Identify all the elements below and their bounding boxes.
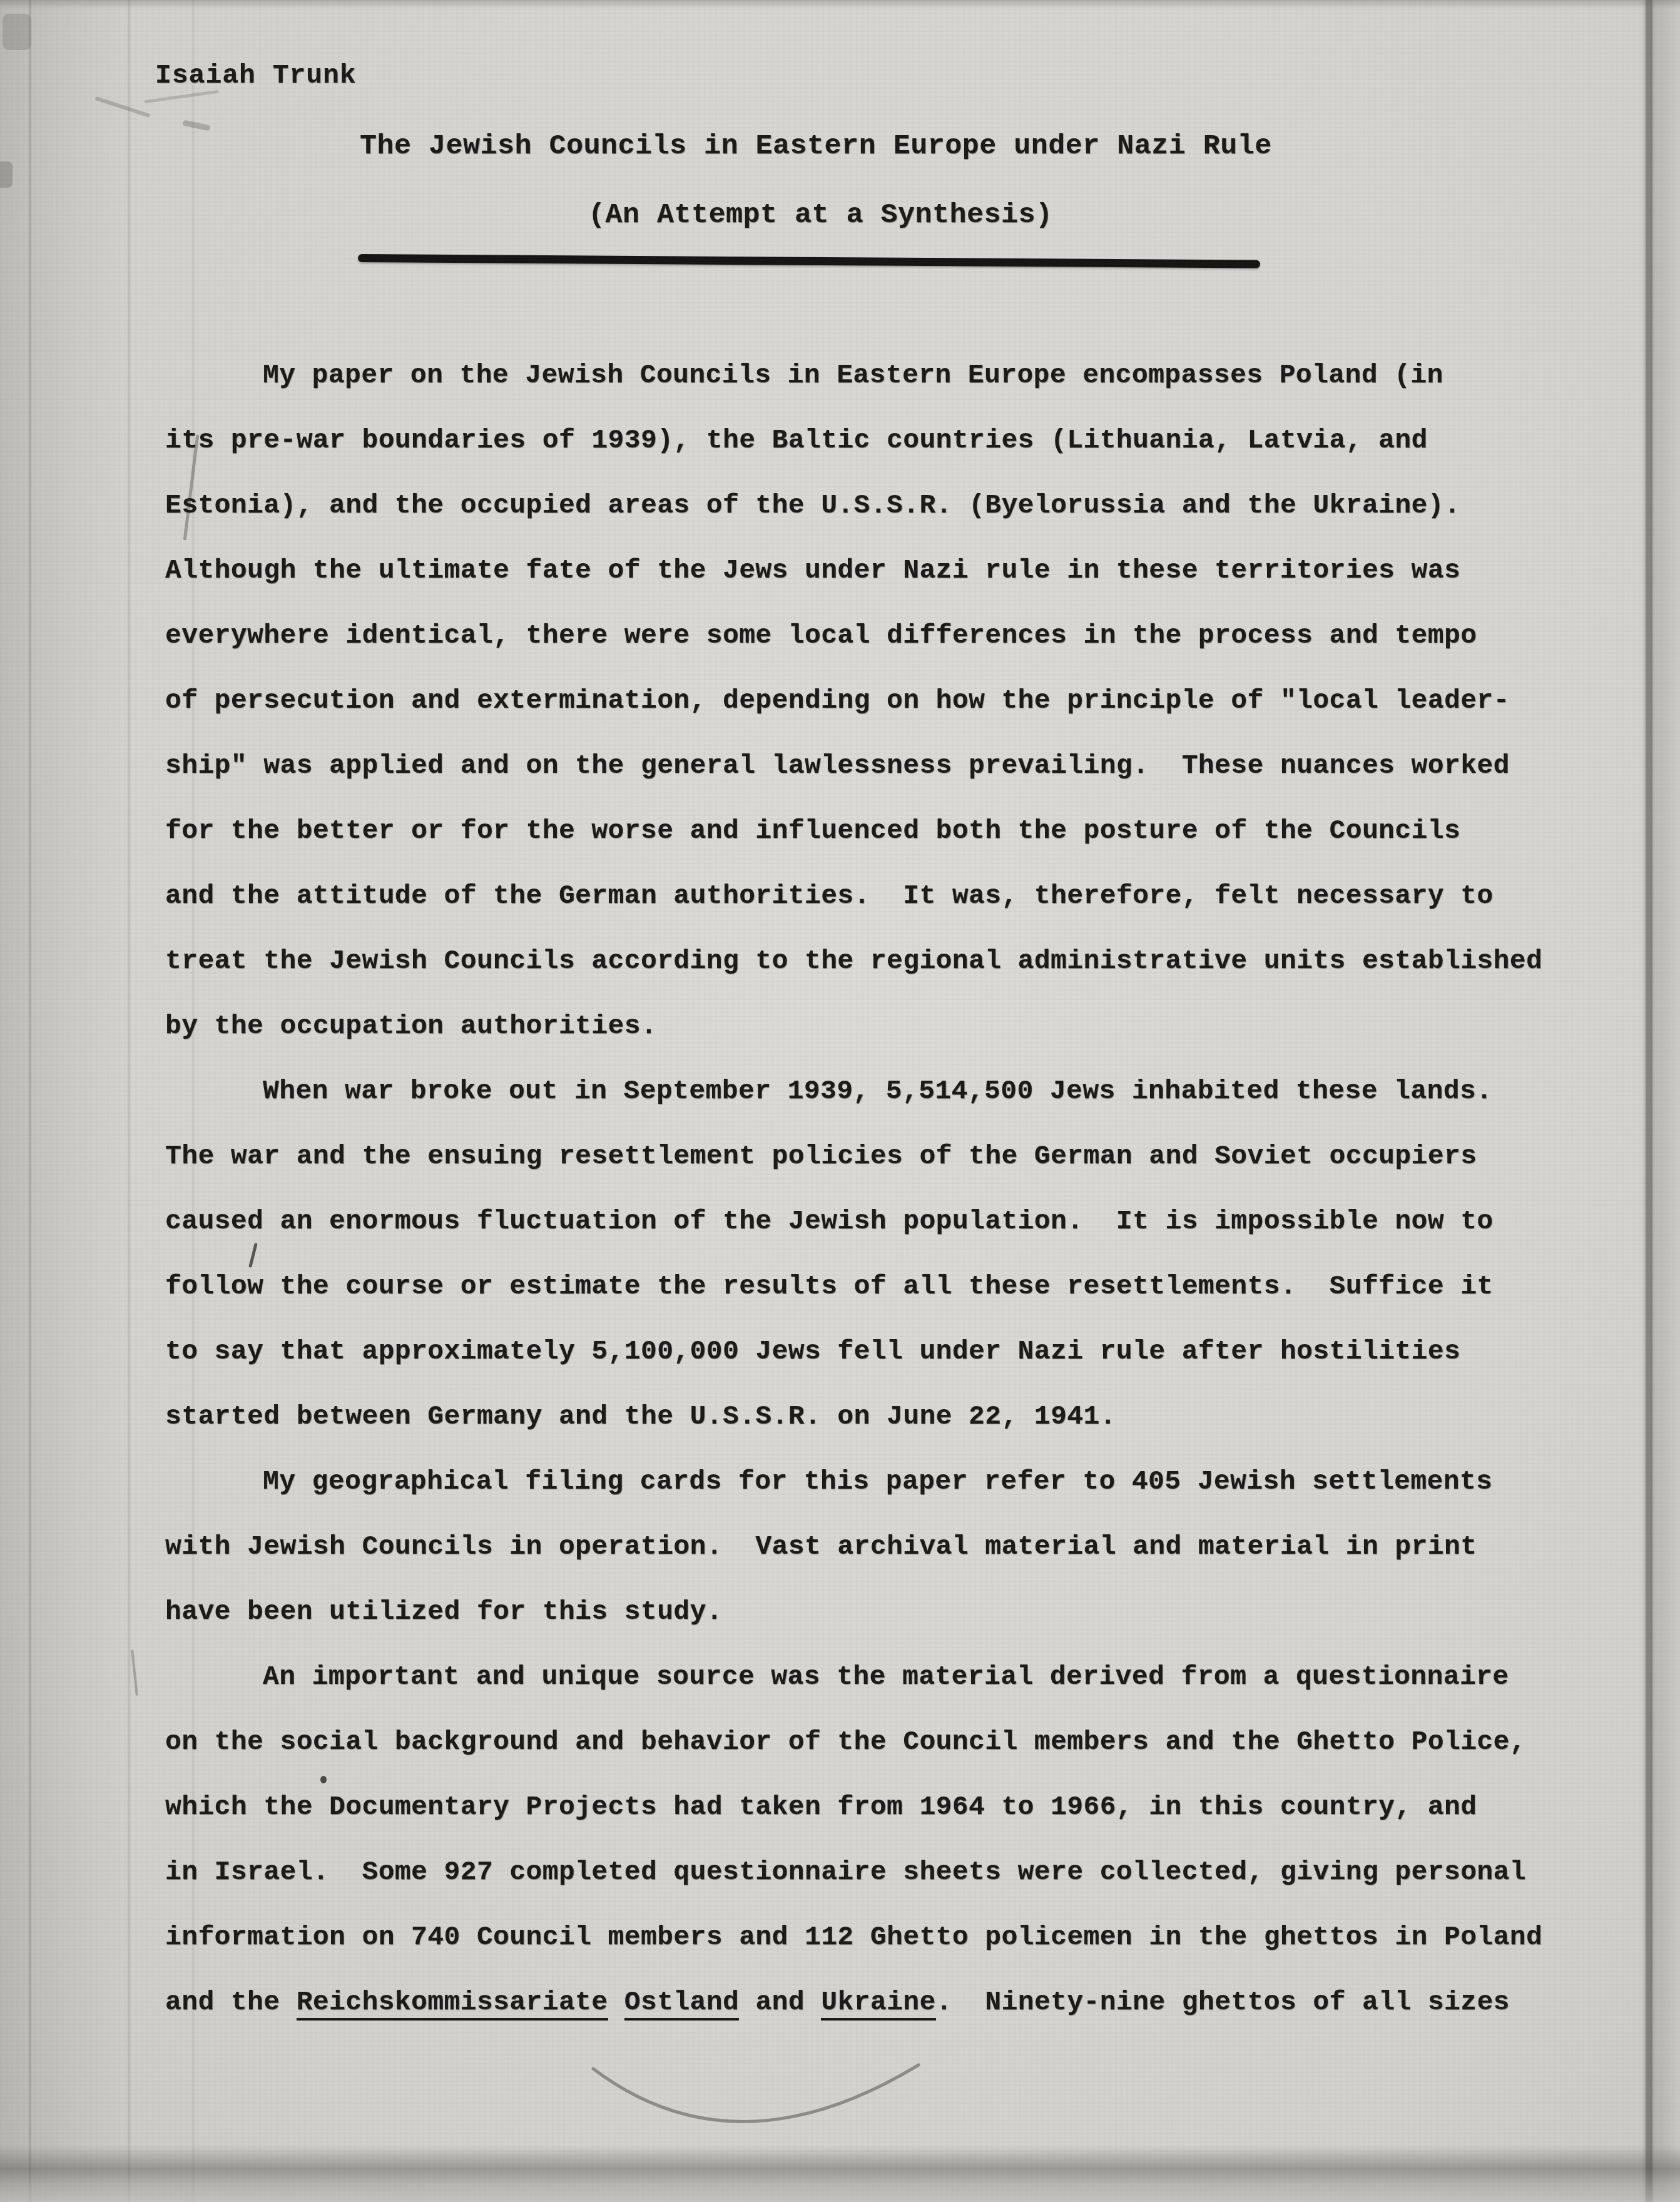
body-line: by the occupation authorities. (165, 994, 1604, 1059)
body-line: Estonia), and the occupied areas of the … (165, 473, 1604, 538)
author-name: Isaiah Trunk (155, 60, 357, 91)
body-line: on the social background and behavior of… (165, 1710, 1604, 1775)
left-edge-shading (0, 0, 135, 2202)
smudge-mark (3, 14, 31, 50)
body-line: information on 740 Council members and 1… (165, 1905, 1604, 1970)
body-line: of persecution and extermination, depend… (165, 668, 1604, 733)
body-line: with Jewish Councils in operation. Vast … (165, 1514, 1604, 1579)
body-line: started between Germany and the U.S.S.R.… (165, 1384, 1604, 1449)
underlined-term: Reichskommissariate (297, 1987, 608, 2021)
text-segment: and (739, 1987, 821, 2017)
document-page: Isaiah Trunk The Jewish Councils in East… (0, 0, 1680, 2202)
bottom-edge-shadow (0, 2145, 1680, 2202)
page-edge-line (1646, 0, 1652, 2202)
body-line: for the better or for the worse and infl… (165, 798, 1604, 864)
body-line: caused an enormous fluctuation of the Je… (165, 1189, 1604, 1254)
underlined-term: Ostland (624, 1987, 739, 2021)
body-line: have been utilized for this study. (165, 1579, 1604, 1644)
text-segment: and the (165, 1987, 297, 2017)
body-line: Although the ultimate fate of the Jews u… (165, 538, 1604, 603)
body-line: The war and the ensuing resettlement pol… (165, 1124, 1604, 1189)
body-text: My paper on the Jewish Councils in Easte… (165, 343, 1604, 2035)
body-line: its pre-war boundaries of 1939), the Bal… (165, 408, 1604, 473)
body-line: My geographical filing cards for this pa… (165, 1449, 1604, 1514)
body-line: everywhere identical, there were some lo… (165, 603, 1604, 668)
body-line: follow the course or estimate the result… (165, 1254, 1604, 1319)
paper-crease (28, 0, 32, 2202)
body-line: which the Documentary Projects had taken… (165, 1775, 1604, 1840)
body-line: and the attitude of the German authoriti… (165, 864, 1604, 929)
document-subtitle: (An Attempt at a Synthesis) (588, 199, 1053, 231)
body-line: to say that approximately 5,100,000 Jews… (165, 1319, 1604, 1384)
body-line: My paper on the Jewish Councils in Easte… (165, 343, 1604, 408)
top-edge-shadow (0, 0, 1680, 9)
text-segment (608, 1987, 624, 2017)
text-segment: . Ninety-nine ghettos of all sizes (936, 1987, 1510, 2017)
underlined-term: Ukraine (821, 1987, 935, 2021)
body-line: in Israel. Some 927 completed questionna… (165, 1840, 1604, 1905)
smudge-mark (0, 161, 13, 188)
body-line: An important and unique source was the m… (165, 1644, 1604, 1710)
body-line: When war broke out in September 1939, 5,… (165, 1059, 1604, 1124)
body-line: ship" was applied and on the general law… (165, 733, 1604, 798)
paper-crease (127, 0, 131, 2202)
body-line: treat the Jewish Councils according to t… (165, 929, 1604, 994)
document-title: The Jewish Councils in Eastern Europe un… (360, 130, 1272, 162)
body-line: and the Reichskommissariate Ostland and … (165, 1970, 1604, 2035)
